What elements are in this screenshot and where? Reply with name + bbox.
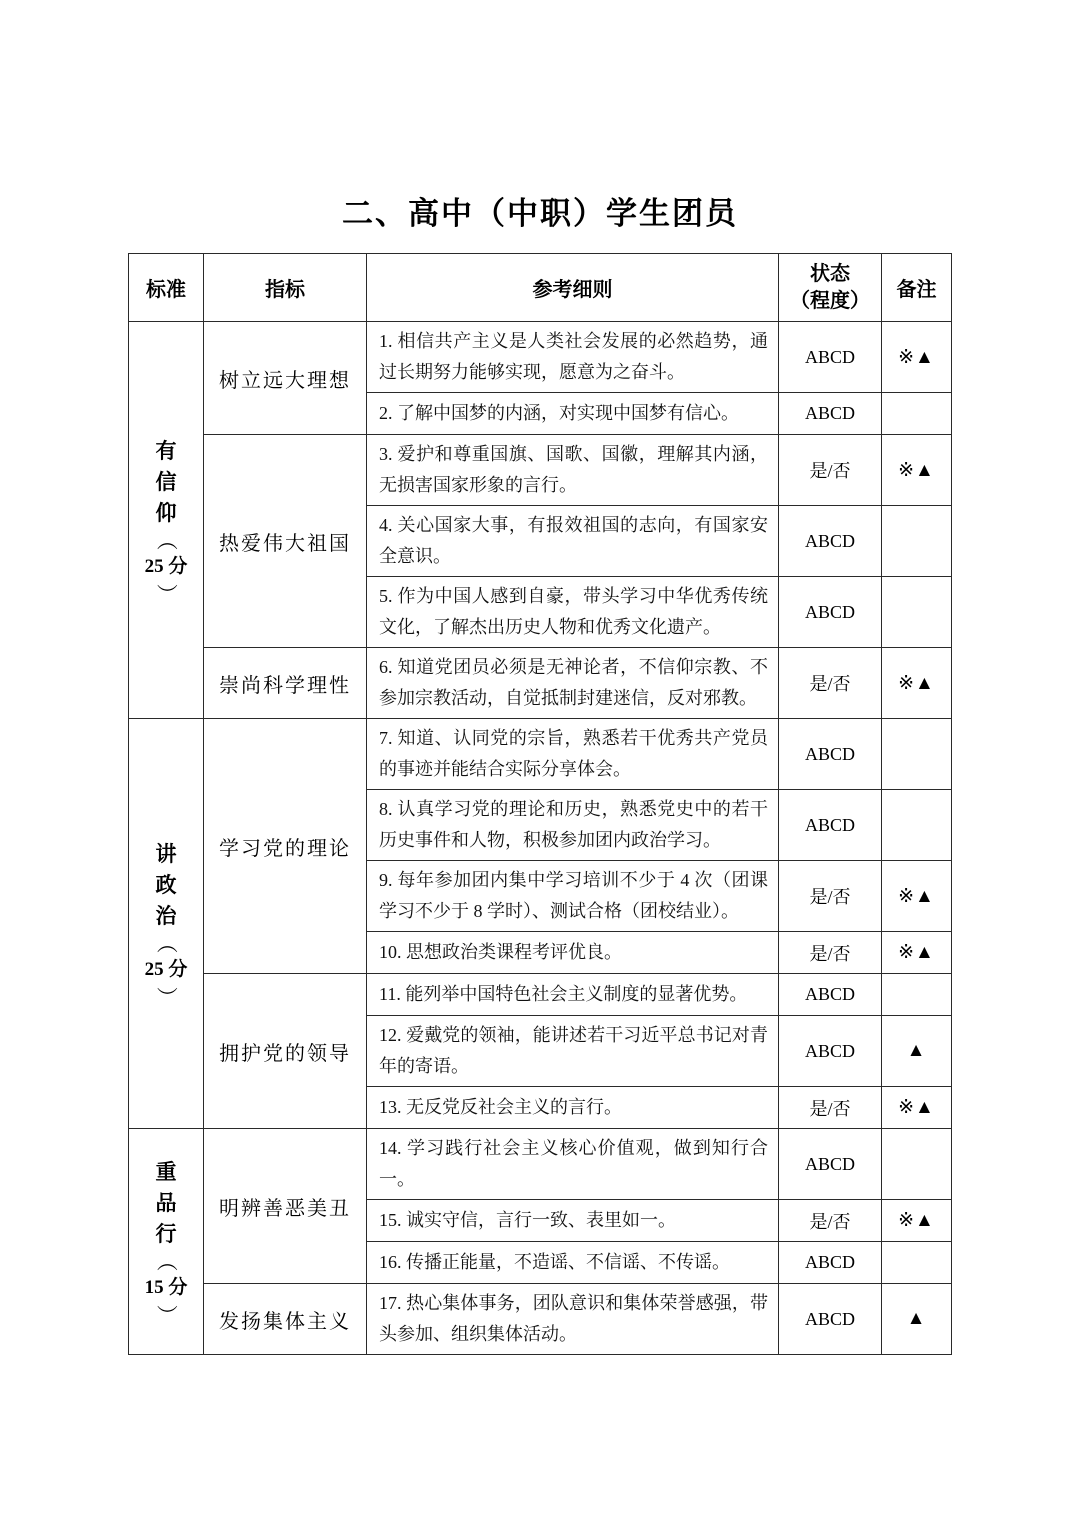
detail-cell: 5. 作为中国人感到自豪，带头学习中华优秀传统文化，了解杰出历史人物和优秀文化遗… bbox=[367, 577, 779, 648]
rule-row-6: 崇尚科学理性 6. 知道党团员必须是无神论者，不信仰宗教、不参加宗教活动，自觉抵… bbox=[129, 648, 952, 719]
indicator-cell-6: 明辨善恶美丑 bbox=[204, 1129, 367, 1284]
category-vertical-label: 讲 政 治 （ 25 分 ） bbox=[129, 843, 203, 1004]
status-cell: 是/否 bbox=[779, 435, 882, 506]
remark-cell: ▲ bbox=[882, 1016, 952, 1087]
paren-close: ） bbox=[159, 987, 173, 1008]
remark-cell: ※▲ bbox=[882, 1200, 952, 1242]
remark-cell: ▲ bbox=[882, 1284, 952, 1355]
remark-cell bbox=[882, 719, 952, 790]
status-cell: 是/否 bbox=[779, 648, 882, 719]
status-cell: ABCD bbox=[779, 1242, 882, 1284]
detail-cell: 2. 了解中国梦的内涵，对实现中国梦有信心。 bbox=[367, 393, 779, 435]
paren-open: （ bbox=[159, 1251, 173, 1272]
category-char: 品 bbox=[156, 1192, 177, 1214]
remark-cell: ※▲ bbox=[882, 322, 952, 393]
remark-cell bbox=[882, 790, 952, 861]
indicator-cell-5: 拥护党的领导 bbox=[204, 974, 367, 1129]
remark-cell bbox=[882, 1129, 952, 1200]
detail-cell: 7. 知道、认同党的宗旨，熟悉若干优秀共产党员的事迹并能结合实际分享体会。 bbox=[367, 719, 779, 790]
rule-row-17: 发扬集体主义 17. 热心集体事务，团队意识和集体荣誉感强，带头参加、组织集体活… bbox=[129, 1284, 952, 1355]
status-cell: ABCD bbox=[779, 393, 882, 435]
status-cell: ABCD bbox=[779, 506, 882, 577]
paren-open: （ bbox=[159, 933, 173, 954]
status-cell: 是/否 bbox=[779, 932, 882, 974]
criteria-table: 标准 指标 参考细则 状态 （程度） 备注 有 信 仰 （ 25 分 ） 树立远… bbox=[128, 253, 952, 1355]
remark-cell: ※▲ bbox=[882, 648, 952, 719]
header-standard: 标准 bbox=[129, 254, 204, 322]
category-char: 仰 bbox=[156, 502, 177, 524]
category-vertical-label: 重 品 行 （ 15 分 ） bbox=[129, 1161, 203, 1322]
status-cell: ABCD bbox=[779, 790, 882, 861]
detail-cell: 1. 相信共产主义是人类社会发展的必然趋势，通过长期努力能够实现，愿意为之奋斗。 bbox=[367, 322, 779, 393]
detail-cell: 15. 诚实守信，言行一致、表里如一。 bbox=[367, 1200, 779, 1242]
category-char: 政 bbox=[156, 874, 177, 896]
rule-row-11: 拥护党的领导 11. 能列举中国特色社会主义制度的显著优势。 ABCD bbox=[129, 974, 952, 1016]
detail-cell: 8. 认真学习党的理论和历史，熟悉党史中的若干历史事件和人物，积极参加团内政治学… bbox=[367, 790, 779, 861]
detail-cell: 11. 能列举中国特色社会主义制度的显著优势。 bbox=[367, 974, 779, 1016]
category-score: 15 分 bbox=[145, 1277, 188, 1299]
remark-cell bbox=[882, 506, 952, 577]
status-cell: 是/否 bbox=[779, 1200, 882, 1242]
detail-cell: 12. 爱戴党的领袖，能讲述若干习近平总书记对青年的寄语。 bbox=[367, 1016, 779, 1087]
status-cell: ABCD bbox=[779, 719, 882, 790]
remark-cell bbox=[882, 577, 952, 648]
detail-cell: 9. 每年参加团内集中学习培训不少于 4 次（团课学习不少于 8 学时）、测试合… bbox=[367, 861, 779, 932]
status-cell: ABCD bbox=[779, 974, 882, 1016]
header-status-line2: （程度） bbox=[779, 288, 881, 315]
category-char: 讲 bbox=[156, 843, 177, 865]
rule-row-14: 重 品 行 （ 15 分 ） 明辨善恶美丑 14. 学习践行社会主义核心价值观，… bbox=[129, 1129, 952, 1200]
indicator-cell-3: 崇尚科学理性 bbox=[204, 648, 367, 719]
header-status: 状态 （程度） bbox=[779, 254, 882, 322]
status-cell: ABCD bbox=[779, 1016, 882, 1087]
remark-cell: ※▲ bbox=[882, 861, 952, 932]
category-score: 25 分 bbox=[145, 959, 188, 981]
remark-cell bbox=[882, 1242, 952, 1284]
detail-cell: 16. 传播正能量，不造谣、不信谣、不传谣。 bbox=[367, 1242, 779, 1284]
detail-cell: 10. 思想政治类课程考评优良。 bbox=[367, 932, 779, 974]
status-cell: ABCD bbox=[779, 1284, 882, 1355]
header-remarks: 备注 bbox=[882, 254, 952, 322]
header-status-line1: 状态 bbox=[779, 261, 881, 288]
page-title: 二、高中（中职）学生团员 bbox=[0, 188, 1080, 233]
detail-cell: 4. 关心国家大事，有报效祖国的志向，有国家安全意识。 bbox=[367, 506, 779, 577]
header-details: 参考细则 bbox=[367, 254, 779, 322]
detail-cell: 13. 无反党反社会主义的言行。 bbox=[367, 1087, 779, 1129]
rule-row-1: 有 信 仰 （ 25 分 ） 树立远大理想 1. 相信共产主义是人类社会发展的必… bbox=[129, 322, 952, 393]
category-char: 治 bbox=[156, 905, 177, 927]
remark-cell: ※▲ bbox=[882, 932, 952, 974]
category-char: 重 bbox=[156, 1161, 177, 1183]
status-cell: ABCD bbox=[779, 577, 882, 648]
detail-cell: 3. 爱护和尊重国旗、国歌、国徽，理解其内涵，无损害国家形象的言行。 bbox=[367, 435, 779, 506]
rule-row-7: 讲 政 治 （ 25 分 ） 学习党的理论 7. 知道、认同党的宗旨，熟悉若干优… bbox=[129, 719, 952, 790]
detail-cell: 14. 学习践行社会主义核心价值观，做到知行合一。 bbox=[367, 1129, 779, 1200]
category-char: 信 bbox=[156, 471, 177, 493]
indicator-cell-4: 学习党的理论 bbox=[204, 719, 367, 974]
remark-cell: ※▲ bbox=[882, 1087, 952, 1129]
detail-cell: 17. 热心集体事务，团队意识和集体荣誉感强，带头参加、组织集体活动。 bbox=[367, 1284, 779, 1355]
indicator-cell-7: 发扬集体主义 bbox=[204, 1284, 367, 1355]
status-cell: ABCD bbox=[779, 1129, 882, 1200]
rule-row-3: 热爱伟大祖国 3. 爱护和尊重国旗、国歌、国徽，理解其内涵，无损害国家形象的言行… bbox=[129, 435, 952, 506]
category-vertical-label: 有 信 仰 （ 25 分 ） bbox=[129, 440, 203, 601]
category-cell-3: 重 品 行 （ 15 分 ） bbox=[129, 1129, 204, 1355]
paren-close: ） bbox=[159, 1305, 173, 1326]
indicator-cell-1: 树立远大理想 bbox=[204, 322, 367, 435]
detail-cell: 6. 知道党团员必须是无神论者，不信仰宗教、不参加宗教活动，自觉抵制封建迷信，反… bbox=[367, 648, 779, 719]
category-char: 有 bbox=[156, 440, 177, 462]
header-indicator: 指标 bbox=[204, 254, 367, 322]
remark-cell bbox=[882, 974, 952, 1016]
category-score: 25 分 bbox=[145, 556, 188, 578]
category-char: 行 bbox=[156, 1223, 177, 1245]
header-row: 标准 指标 参考细则 状态 （程度） 备注 bbox=[129, 254, 952, 322]
indicator-cell-2: 热爱伟大祖国 bbox=[204, 435, 367, 648]
paren-close: ） bbox=[159, 583, 173, 604]
category-cell-1: 有 信 仰 （ 25 分 ） bbox=[129, 322, 204, 719]
remark-cell: ※▲ bbox=[882, 435, 952, 506]
status-cell: ABCD bbox=[779, 322, 882, 393]
category-cell-2: 讲 政 治 （ 25 分 ） bbox=[129, 719, 204, 1129]
status-cell: 是/否 bbox=[779, 1087, 882, 1129]
status-cell: 是/否 bbox=[779, 861, 882, 932]
paren-open: （ bbox=[159, 529, 173, 550]
remark-cell bbox=[882, 393, 952, 435]
